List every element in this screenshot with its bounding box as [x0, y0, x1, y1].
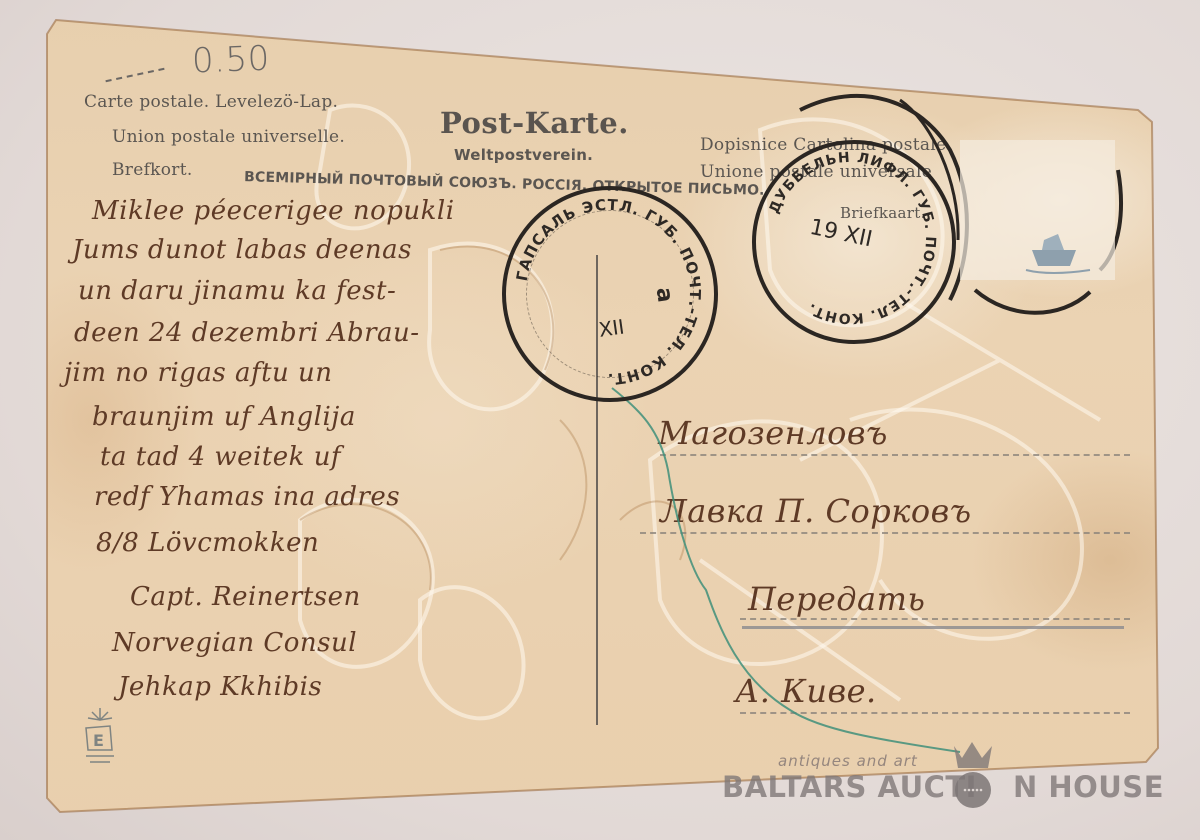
ship-icon — [960, 140, 1115, 280]
publisher-logo-icon: E — [80, 706, 120, 776]
svg-text:E: E — [93, 731, 104, 750]
watermark-crown-logo-icon — [948, 742, 998, 812]
watermark-name: BALTARS AUCTIN HOUSE — [722, 770, 1164, 804]
cancellation-arcs — [0, 0, 1200, 840]
watermark-name-part1: BALTARS AUCTI — [722, 770, 977, 804]
stamp-remnant — [960, 140, 1115, 280]
watermark-name-part2: N HOUSE — [1013, 770, 1164, 804]
watermark-tagline: antiques and art — [778, 752, 918, 770]
